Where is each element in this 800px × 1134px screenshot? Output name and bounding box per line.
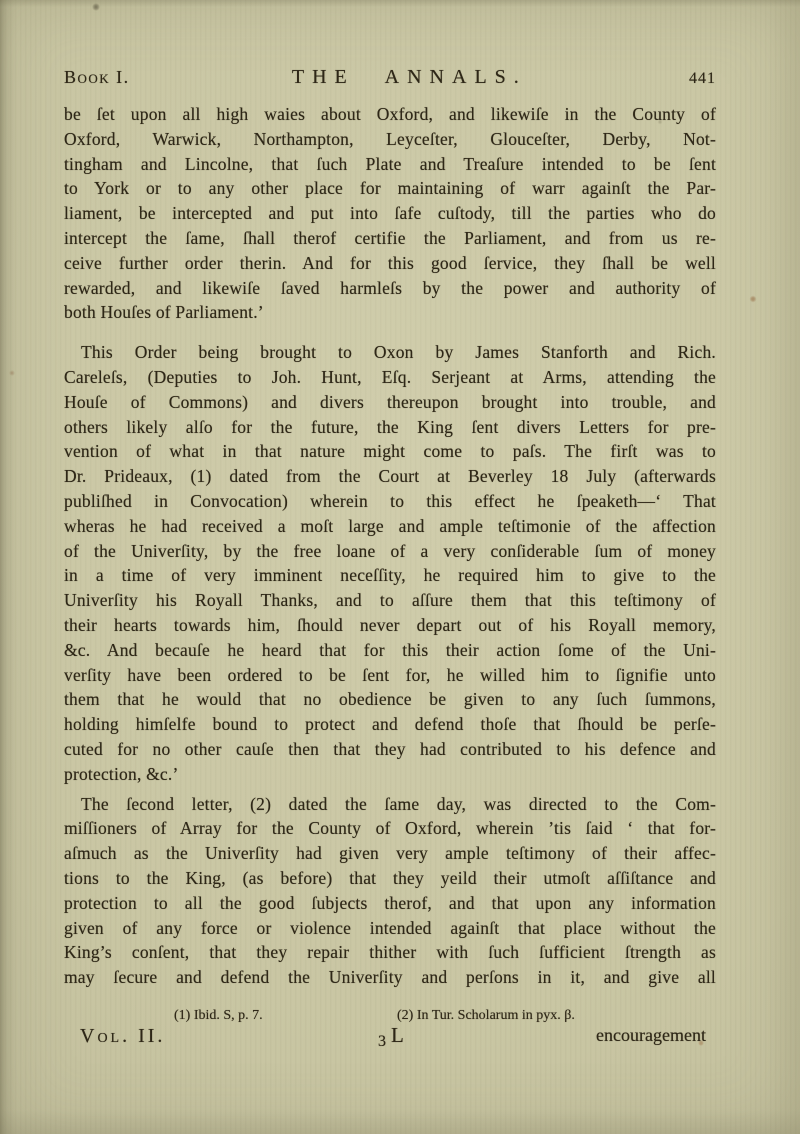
text-line: to York or to any other place for mainta… bbox=[64, 176, 716, 201]
running-header: Book I. THE ANNALS. 441 bbox=[64, 66, 716, 89]
text-line: of the Univerſity, by the free loane of … bbox=[64, 539, 716, 564]
footnote-2: (2) In Tur. Scholarum in pyx. β. bbox=[397, 1008, 575, 1024]
book-page: Book I. THE ANNALS. 441 be ſet upon all … bbox=[0, 0, 800, 1134]
text-line: protection to all the good ſubjects ther… bbox=[64, 891, 716, 916]
text-line: rewarded, and likewiſe ſaved harmleſs by… bbox=[64, 276, 716, 301]
text-line: Houſe of Commons) and divers thereupon b… bbox=[64, 390, 716, 415]
signature-number: 3 bbox=[378, 1033, 386, 1050]
text-line: in a time of very imminent neceſſity, he… bbox=[64, 563, 716, 588]
volume-label: Vol. II. bbox=[80, 1025, 165, 1048]
text-line: The ſecond letter, (2) dated the ſame da… bbox=[64, 792, 716, 817]
text-line: Univerſity his Royall Thanks, and to aſſ… bbox=[64, 588, 716, 613]
text-line: &c. And becauſe he heard that for this t… bbox=[64, 638, 716, 663]
footnote-1: (1) Ibid. S, p. 7. bbox=[174, 1008, 263, 1024]
text-line: tingham and Lincolne, that ſuch Plate an… bbox=[64, 152, 716, 177]
text-line: wheras he had received a moſt large and … bbox=[64, 514, 716, 539]
text-line: liament, be intercepted and put into ſaf… bbox=[64, 201, 716, 226]
page-number: 441 bbox=[689, 70, 716, 88]
paragraph-3: The ſecond letter, (2) dated the ſame da… bbox=[64, 792, 716, 990]
signature-letter: L bbox=[391, 1023, 404, 1047]
book-label: Book I. bbox=[64, 67, 130, 88]
text-line: intercept the ſame, ſhall therof certifi… bbox=[64, 226, 716, 251]
text-line: ceive further order therin. And for this… bbox=[64, 251, 716, 276]
text-line: Dr. Prideaux, (1) dated from the Court a… bbox=[64, 464, 716, 489]
text-line: given of any force or violence intended … bbox=[64, 916, 716, 941]
text-line: both Houſes of Parliament.’ bbox=[64, 300, 716, 325]
text-line: publiſhed in Convocation) wherein to thi… bbox=[64, 489, 716, 514]
signature-mark: 3L bbox=[378, 1023, 404, 1048]
paragraph-1: be ſet upon all high waies about Oxford,… bbox=[64, 102, 716, 325]
text-line: be ſet upon all high waies about Oxford,… bbox=[64, 102, 716, 127]
text-line: verſity have been ordered to be ſent for… bbox=[64, 663, 716, 688]
catchword: encouragement bbox=[596, 1025, 706, 1046]
text-line: may ſecure and defend the Univerſity and… bbox=[64, 965, 716, 990]
text-line: others likely alſo for the future, the K… bbox=[64, 415, 716, 440]
text-line: them that he would that no obedience be … bbox=[64, 687, 716, 712]
page-footer: Vol. II. 3L encouragement bbox=[64, 1023, 716, 1055]
text-line: King’s conſent, that they repair thither… bbox=[64, 940, 716, 965]
text-line: aſmuch as the Univerſity had given very … bbox=[64, 841, 716, 866]
text-line: Careleſs, (Deputies to Joh. Hunt, Eſq. S… bbox=[64, 365, 716, 390]
text-line: holding himſelfe bound to protect and de… bbox=[64, 712, 716, 737]
text-line: miſſioners of Array for the County of Ox… bbox=[64, 816, 716, 841]
text-line: This Order being brought to Oxon by Jame… bbox=[64, 340, 716, 365]
text-line: their hearts towards him, ſhould never d… bbox=[64, 613, 716, 638]
page-title: THE ANNALS. bbox=[292, 66, 527, 89]
text-line: vention of what in that nature might com… bbox=[64, 439, 716, 464]
text-line: protection, &c.’ bbox=[64, 762, 716, 787]
text-line: cuted for no other cauſe then that they … bbox=[64, 737, 716, 762]
text-line: tions to the King, (as before) that they… bbox=[64, 866, 716, 891]
text-line: Oxford, Warwick, Northampton, Leyceſter,… bbox=[64, 127, 716, 152]
paragraph-2: This Order being brought to Oxon by Jame… bbox=[64, 340, 716, 786]
body-text: be ſet upon all high waies about Oxford,… bbox=[64, 102, 716, 990]
